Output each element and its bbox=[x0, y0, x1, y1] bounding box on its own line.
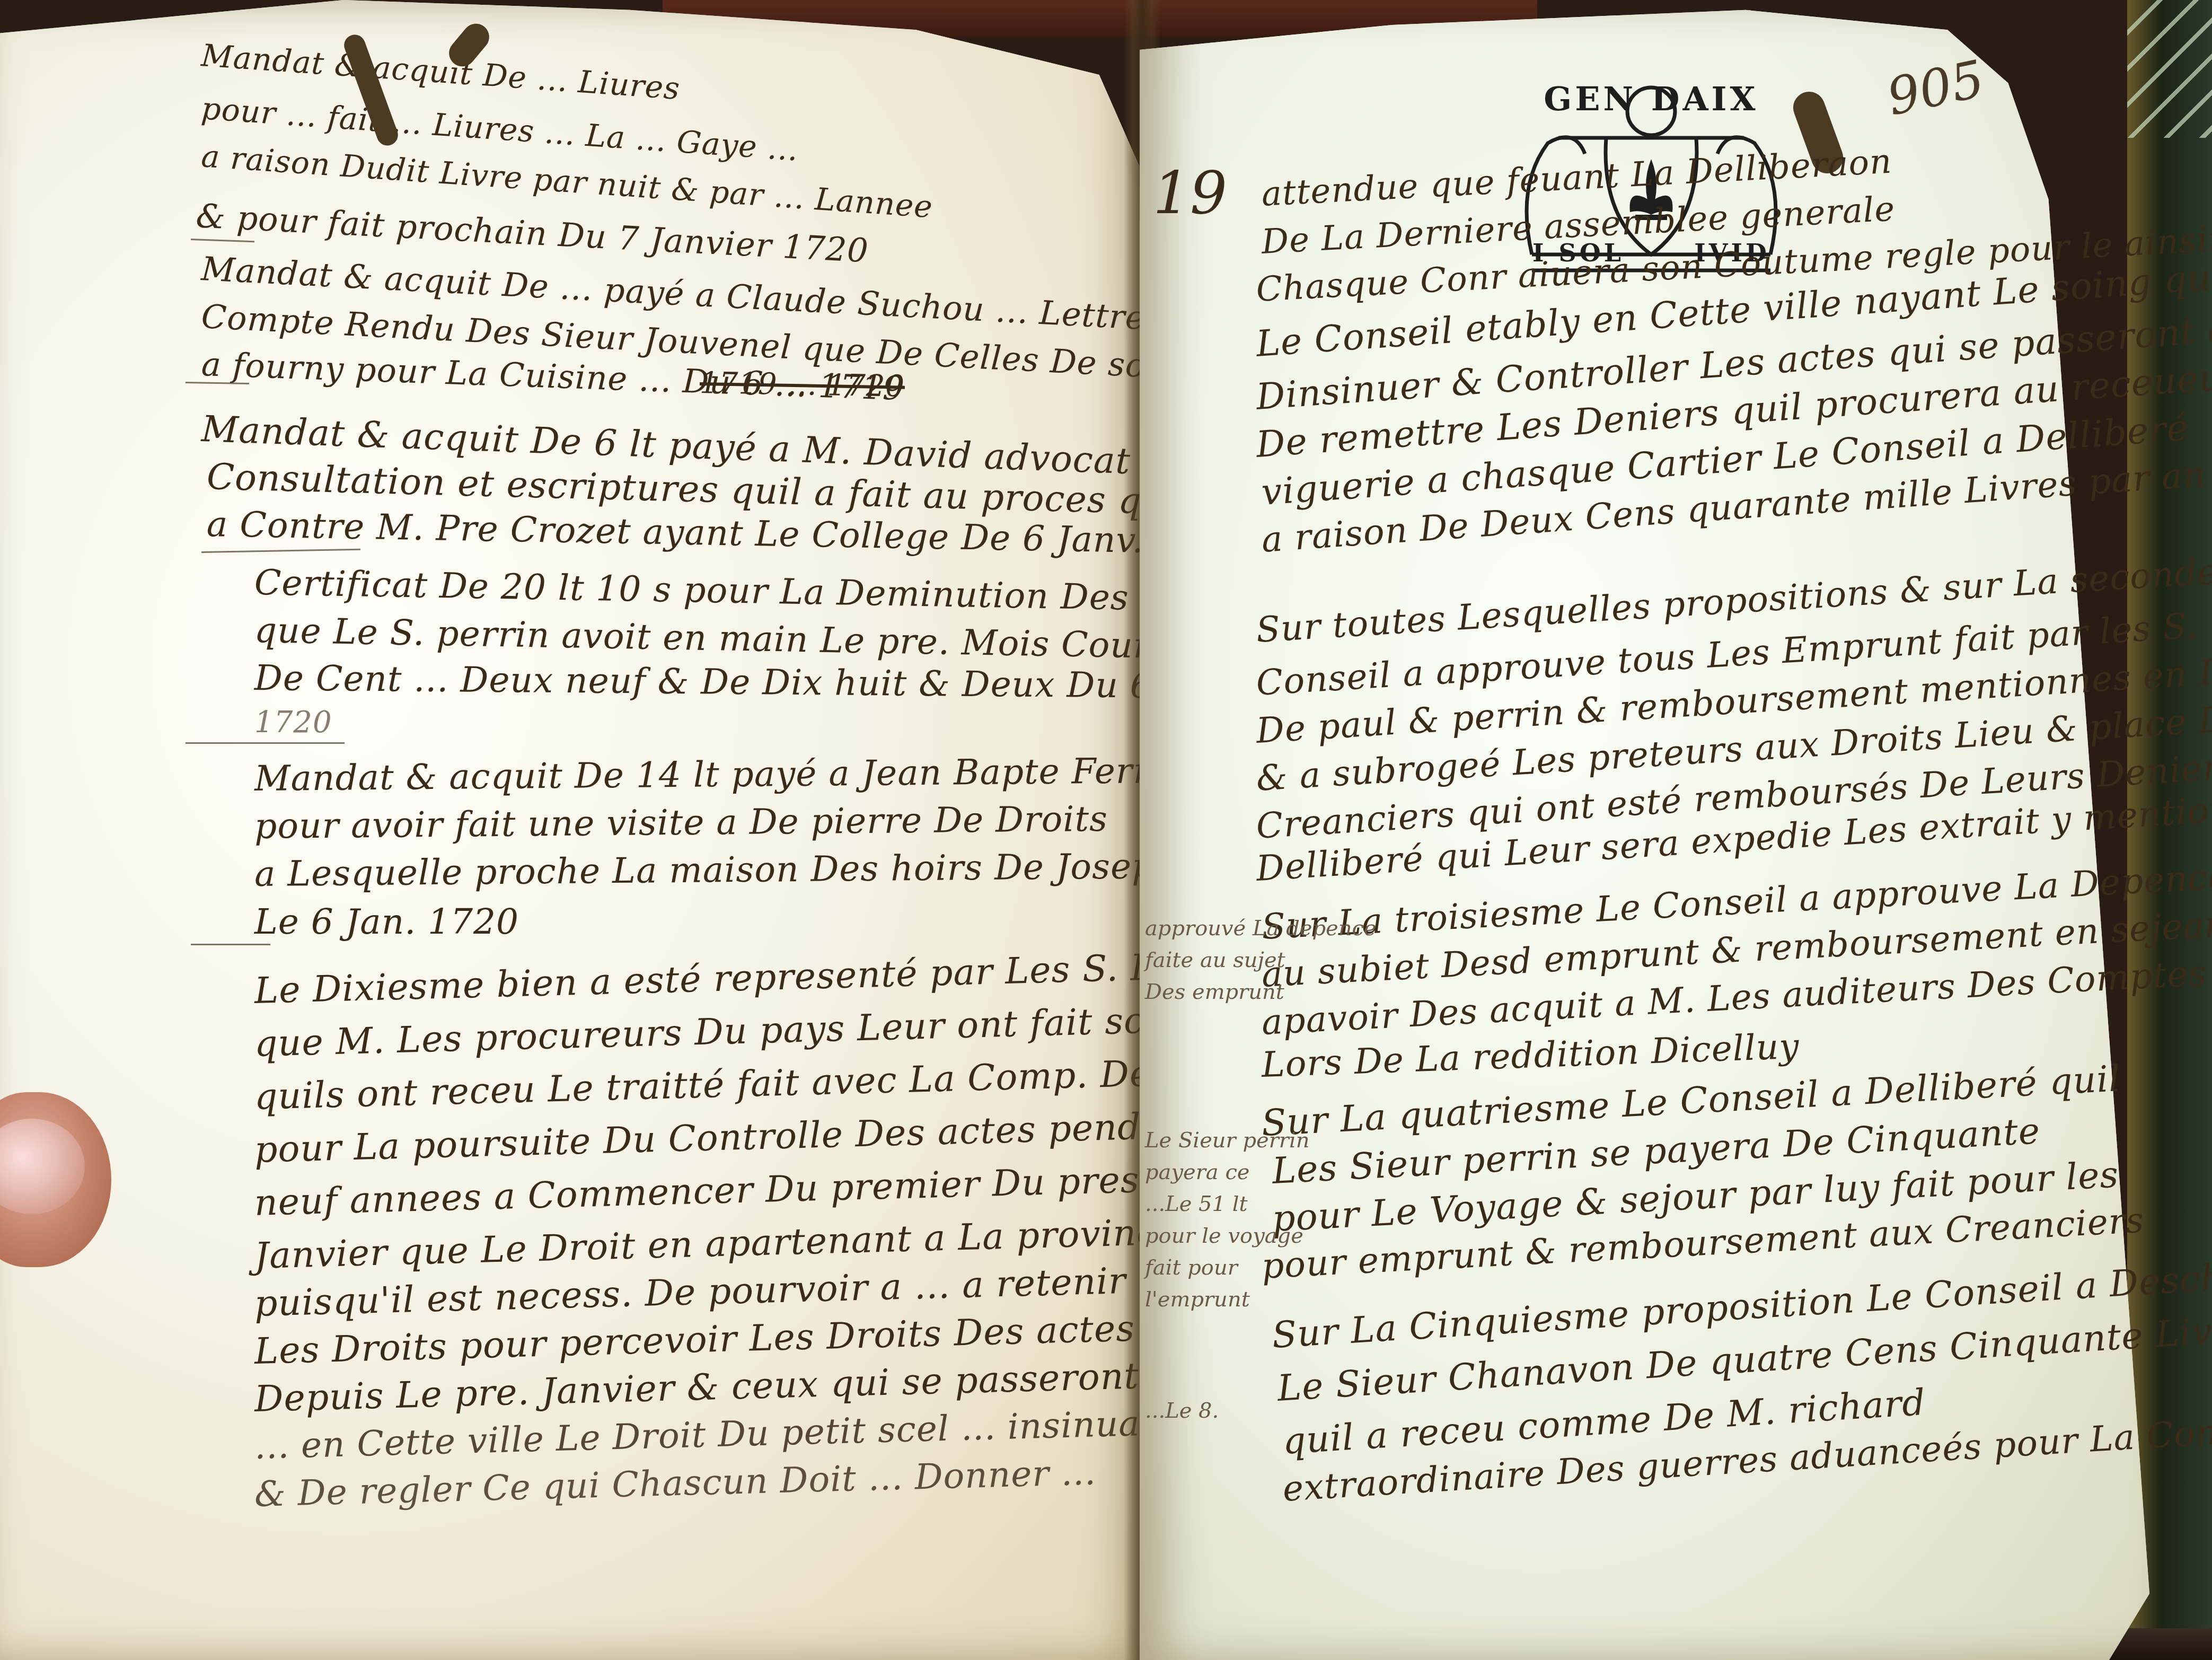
left-entry-4-line-0: Mandat & acquit De 14 lt payé a Jean Bap… bbox=[254, 750, 1218, 799]
entry-number: 19 bbox=[1153, 159, 1227, 227]
margin-note-13: ...Le 8. bbox=[1145, 1394, 1219, 1427]
left-entry-3-line-0: Certificat De 20 lt 10 s pour La Deminut… bbox=[254, 562, 1266, 620]
background-stripes bbox=[2127, 0, 2212, 138]
stamp-top-text: GEN DAIX bbox=[1500, 80, 1802, 118]
left-entry-3-line-2: De Cent ... Deux neuf & De Dix huit & De… bbox=[254, 657, 1224, 707]
margin-note-1: faite au sujet bbox=[1145, 944, 1285, 977]
left-entry-4-line-1: pour avoir fait une visite a De pierre D… bbox=[254, 798, 1108, 847]
divider bbox=[186, 742, 345, 744]
margin-note-5: Le Sieur perrin bbox=[1145, 1124, 1310, 1157]
margin-note-8: pour le voyage bbox=[1145, 1219, 1303, 1252]
left-page: Mandat & acquit De ... Liures pour ... f… bbox=[0, 0, 1145, 1660]
left-entry-3-line-3: 1720 bbox=[254, 705, 332, 740]
margin-note-2: Des emprunt bbox=[1145, 976, 1284, 1008]
margin-note-0: approuvé La depence bbox=[1145, 912, 1377, 945]
divider bbox=[201, 549, 360, 553]
left-entry-1-strikethrough: 1719 ... 1720 bbox=[699, 366, 905, 404]
divider bbox=[191, 944, 270, 945]
margin-note-10: l'emprunt bbox=[1145, 1283, 1250, 1316]
margin-note-7: ...Le 51 lt bbox=[1145, 1188, 1248, 1220]
left-entry-4-line-3: Le 6 Jan. 1720 bbox=[254, 901, 519, 942]
margin-note-9: fait pour bbox=[1145, 1251, 1238, 1284]
divider bbox=[191, 239, 254, 242]
margin-note-6: payera ce bbox=[1145, 1156, 1249, 1189]
